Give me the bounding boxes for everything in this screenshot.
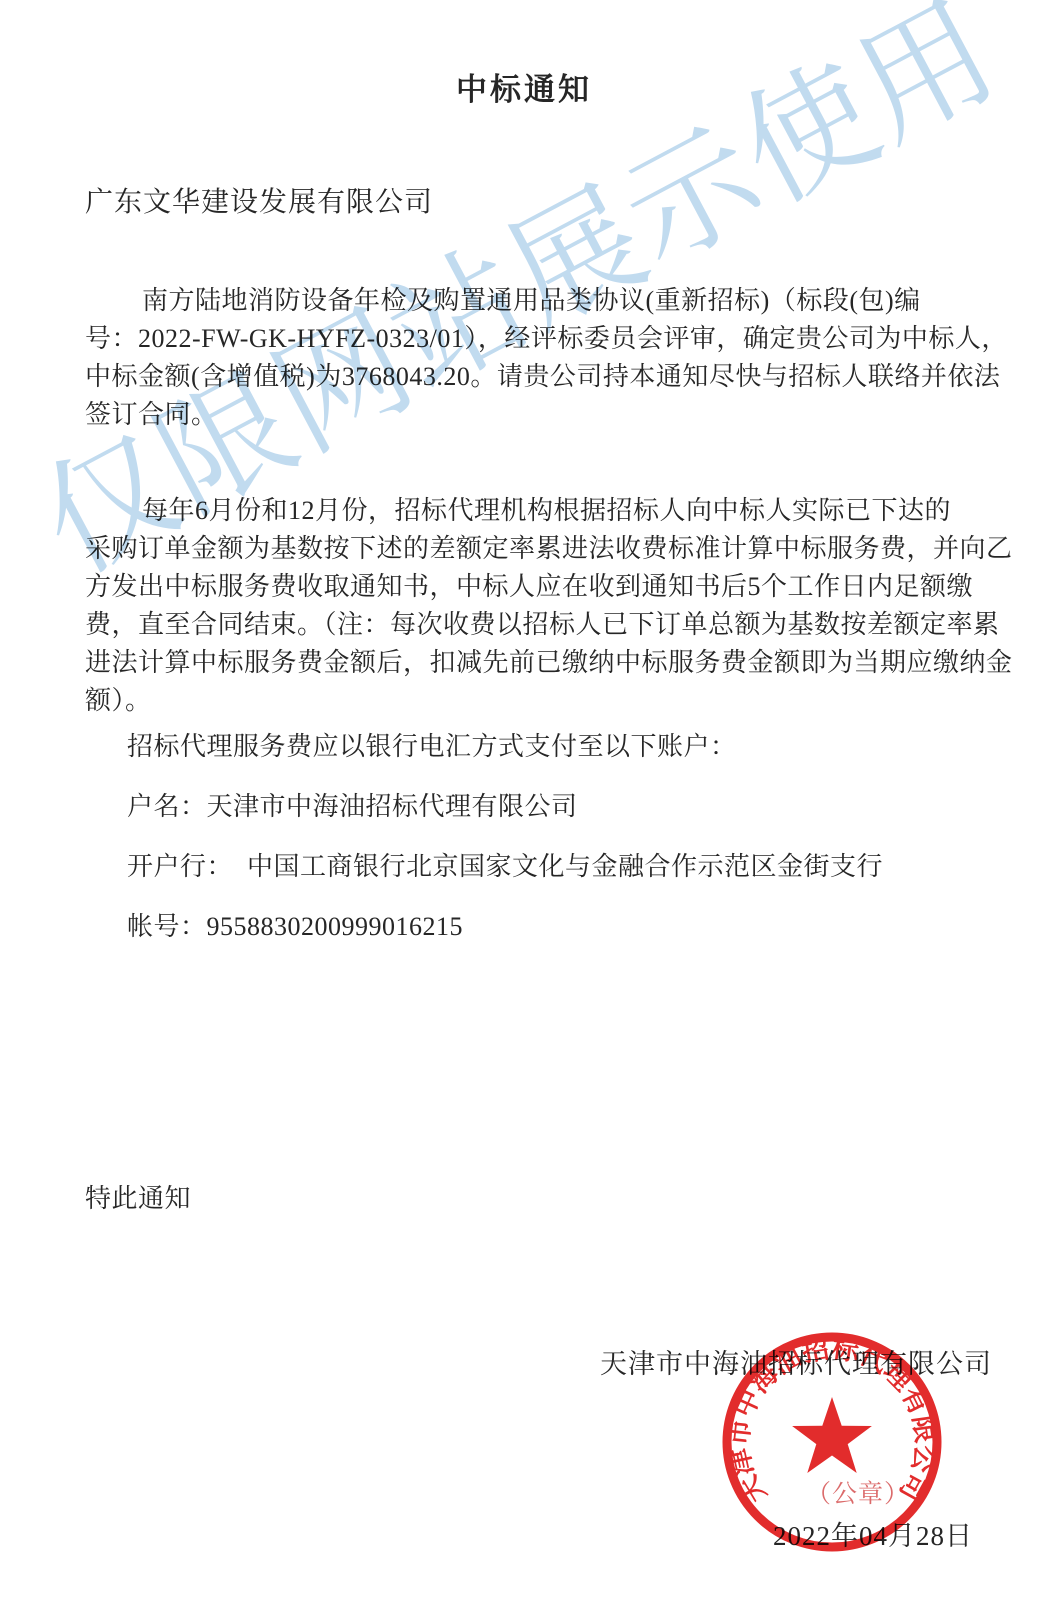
closing-notice: 特此通知 [85,1182,191,1216]
account-holder: 户名：天津市中海油招标代理有限公司 [85,790,578,824]
signature-date: 2022年04月28日 [773,1514,973,1553]
text-line: 费，直至合同结束。（注：每次收费以招标人已下订单总额为基数按差额定率累 [85,606,957,644]
text-line: 方发出中标服务费收取通知书，中标人应在收到通知书后5个工作日内足额缴 [85,568,957,606]
text-line: 采购订单金额为基数按下述的差额定率累进法收费标准计算中标服务费，并向乙 [85,530,957,568]
text-line: 号：2022-FW-GK-HYFZ-0323/01），经评标委员会评审，确定贵公… [85,320,957,358]
text-line: 中标金额(含增值税)为3768043.20。请贵公司持本通知尽快与招标人联络并依… [85,358,957,396]
paragraph-service-fee: 每年6月份和12月份，招标代理机构根据招标人向中标人实际已下达的 采购订单金额为… [85,492,957,720]
account-bank: 开户行： 中国工商银行北京国家文化与金融合作示范区金街支行 [85,850,883,884]
text-line: 额）。 [85,682,957,720]
signature-company: 天津市中海油招标代理有限公司 [600,1342,992,1381]
seal-note: （公章） [806,1474,910,1510]
page-title: 中标通知 [0,64,1048,109]
text-line: 签订合同。 [85,396,957,434]
account-number: 帐号：9558830200999016215 [85,910,463,944]
paragraph-award: 南方陆地消防设备年检及购置通用品类协议(重新招标)（标段(包)编 号：2022-… [85,282,957,434]
text-line: 每年6月份和12月份，招标代理机构根据招标人向中标人实际已下达的 [85,492,957,530]
seal-star-icon [792,1397,872,1473]
text-line: 南方陆地消防设备年检及购置通用品类协议(重新招标)（标段(包)编 [85,282,957,320]
document-page: 中标通知 广东文华建设发展有限公司 南方陆地消防设备年检及购置通用品类协议(重新… [0,0,1048,1600]
text-line: 进法计算中标服务费金额后，扣减先前已缴纳中标服务费金额即为当期应缴纳金 [85,644,957,682]
addressee-company: 广东文华建设发展有限公司 [85,180,433,220]
paragraph-payment-instruction: 招标代理服务费应以银行电汇方式支付至以下账户： [85,730,737,764]
